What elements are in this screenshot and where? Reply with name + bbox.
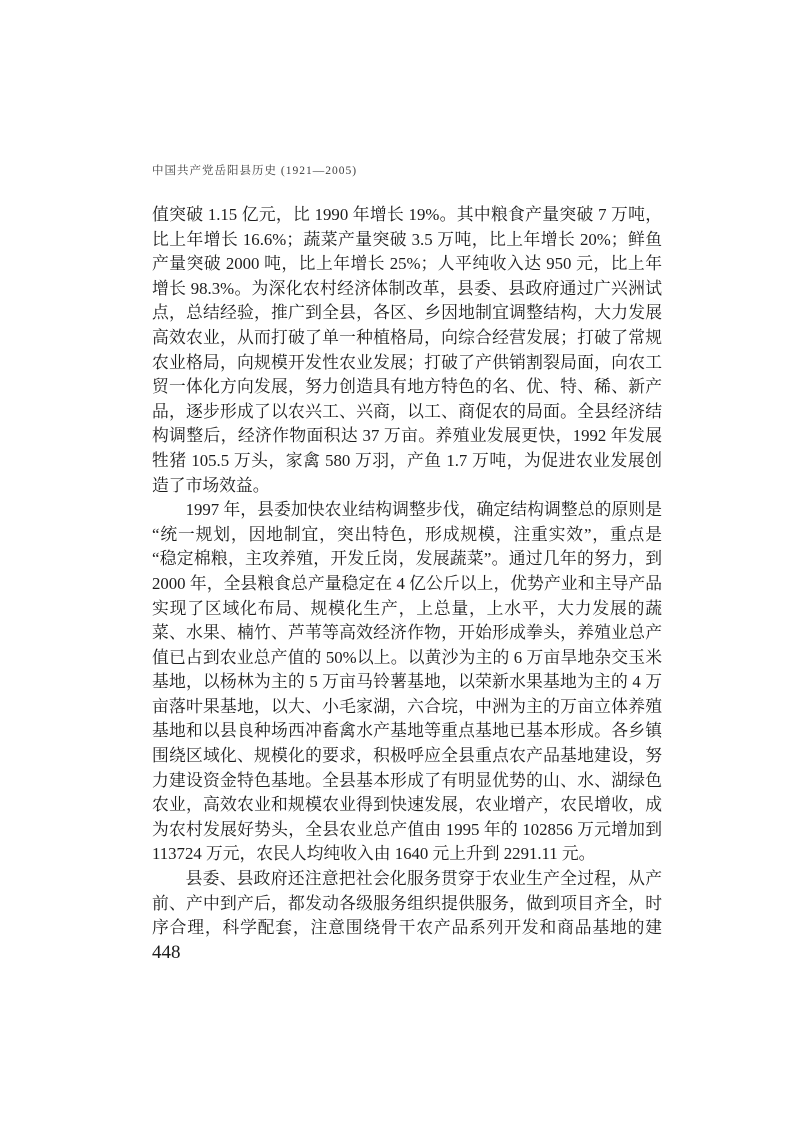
running-header: 中国共产党岳阳县历史 (1921—2005) xyxy=(152,163,662,179)
text-line: 比上年增长 16.6%；蔬菜产量突破 3.5 万吨，比上年增长 20%；鲜鱼 xyxy=(152,228,662,253)
text-line: 高效农业，从而打破了单一种植格局，向综合经营发展；打破了常规 xyxy=(152,326,662,351)
text-line: 1997 年，县委加快农业结构调整步伐，确定结构调整总的原则是 xyxy=(152,498,662,523)
text-line: 基地和以县良种场西冲畜禽水产基地等重点基地已基本形成。各乡镇 xyxy=(152,719,662,744)
text-line: 县委、县政府还注意把社会化服务贯穿于农业生产全过程，从产 xyxy=(152,867,662,892)
text-line: 值突破 1.15 亿元，比 1990 年增长 19%。其中粮食产量突破 7 万吨… xyxy=(152,203,662,228)
text-line: 构调整后，经济作物面积达 37 万亩。养殖业发展更快，1992 年发展 xyxy=(152,424,662,449)
text-block: 值突破 1.15 亿元，比 1990 年增长 19%。其中粮食产量突破 7 万吨… xyxy=(152,203,662,941)
text-line: 值已占到农业总产值的 50%以上。以黄沙为主的 6 万亩旱地杂交玉米 xyxy=(152,646,662,671)
text-line: 点，总结经验，推广到全县，各区、乡因地制宜调整结构，大力发展 xyxy=(152,301,662,326)
text-line: 113724 万元，农民人均纯收入由 1640 元上升到 2291.11 元。 xyxy=(152,842,662,867)
text-line: 基地，以杨林为主的 5 万亩马铃薯基地，以荣新水果基地为主的 4 万 xyxy=(152,670,662,695)
text-line: “统一规划，因地制宜，突出特色，形成规模，注重实效”，重点是 xyxy=(152,523,662,548)
text-line: 实现了区域化布局、规模化生产，上总量，上水平，大力发展的蔬 xyxy=(152,597,662,622)
book-page: 中国共产党岳阳县历史 (1921—2005) 值突破 1.15 亿元，比 199… xyxy=(0,0,793,1122)
text-line: 力建设资金特色基地。全县基本形成了有明显优势的山、水、湖绿色 xyxy=(152,769,662,794)
text-line: 2000 年，全县粮食总产量稳定在 4 亿公斤以上，优势产业和主导产品 xyxy=(152,572,662,597)
text-line: 贸一体化方向发展，努力创造具有地方特色的名、优、特、稀、新产 xyxy=(152,375,662,400)
text-line: 牲猪 105.5 万头，家禽 580 万羽，产鱼 1.7 万吨，为促进农业发展创 xyxy=(152,449,662,474)
text-line: 增长 98.3%。为深化农村经济体制改革，县委、县政府通过广兴洲试 xyxy=(152,277,662,302)
text-line: 为农村发展好势头，全县农业总产值由 1995 年的 102856 万元增加到 xyxy=(152,818,662,843)
text-line: 围绕区域化、规模化的要求，积极呼应全县重点农产品基地建设，努 xyxy=(152,744,662,769)
text-line: 菜、水果、楠竹、芦苇等高效经济作物，开始形成拳头，养殖业总产 xyxy=(152,621,662,646)
text-line: 亩落叶果基地，以大、小毛家湖，六合垸，中洲为主的万亩立体养殖 xyxy=(152,695,662,720)
text-line: 产量突破 2000 吨，比上年增长 25%；人平纯收入达 950 元，比上年 xyxy=(152,252,662,277)
text-line: 序合理，科学配套，注意围绕骨干农产品系列开发和商品基地的建 xyxy=(152,916,662,941)
text-line: 品，逐步形成了以农兴工、兴商，以工、商促农的局面。全县经济结 xyxy=(152,400,662,425)
page-number: 448 xyxy=(152,941,181,965)
text-line: “稳定棉粮，主攻养殖，开发丘岗，发展蔬菜”。通过几年的努力，到 xyxy=(152,547,662,572)
text-line: 农业格局，向规模开发性农业发展；打破了产供销割裂局面，向农工 xyxy=(152,351,662,376)
text-line: 前、产中到产后，都发动各级服务组织提供服务，做到项目齐全，时 xyxy=(152,892,662,917)
text-line: 造了市场效益。 xyxy=(152,474,662,499)
text-line: 农业，高效农业和规模农业得到快速发展，农业增产，农民增收，成 xyxy=(152,793,662,818)
